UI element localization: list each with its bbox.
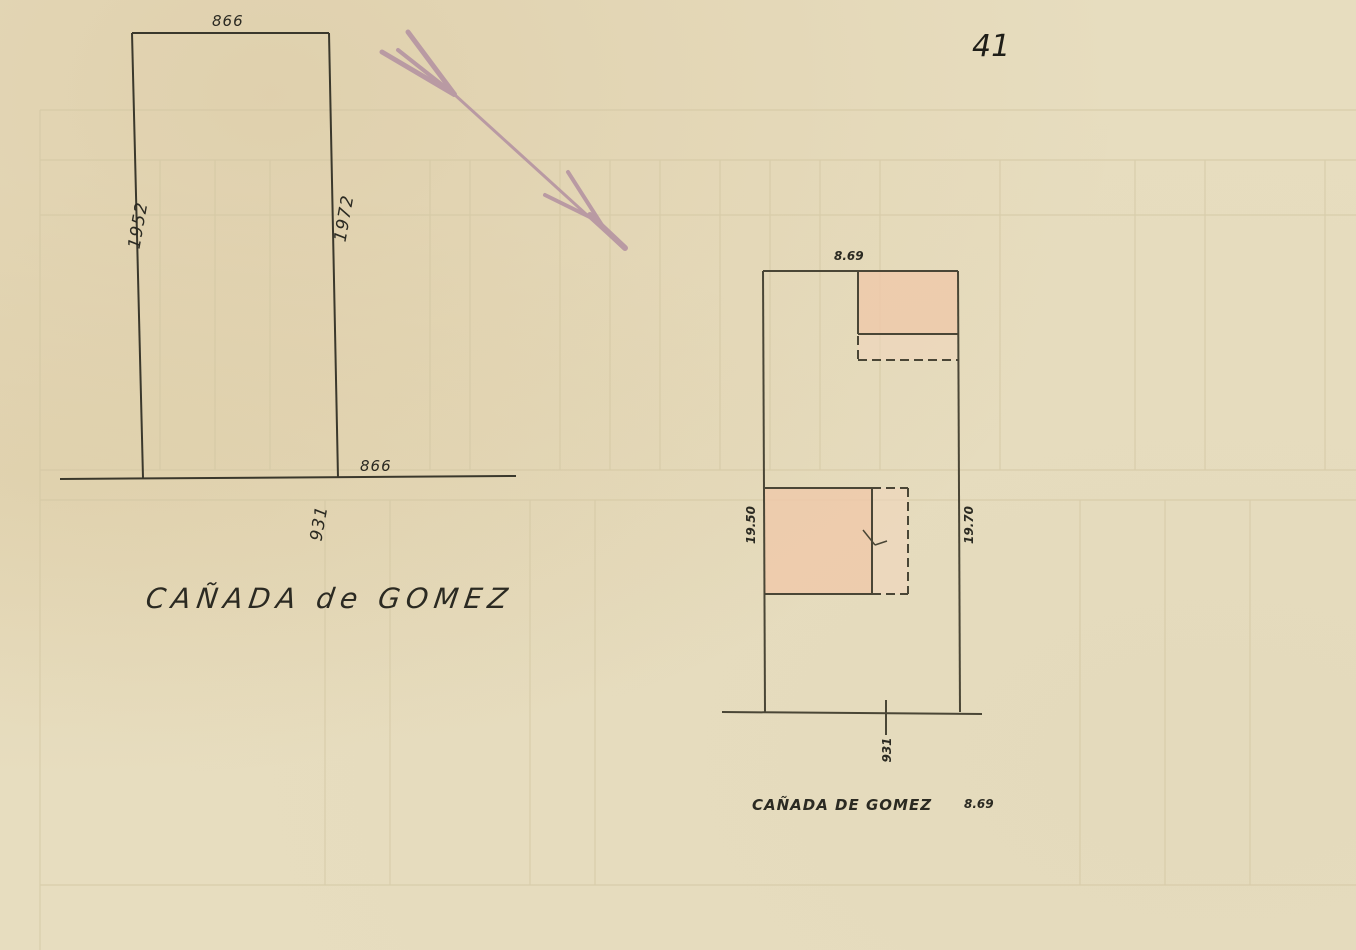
document-page: 41 866 1952 1972 866 931 CAÑADA de GOMEZ…	[0, 0, 1356, 950]
left-top-dimension: 866	[212, 14, 244, 29]
page-number: 41	[972, 32, 1010, 62]
left-street-name: CAÑADA de GOMEZ	[144, 585, 515, 613]
right-top-dimension: 8.69	[834, 250, 864, 262]
right-street-name: CAÑADA DE GOMEZ	[752, 798, 932, 813]
right-right-dimension: 19.70	[963, 500, 975, 550]
right-left-dimension: 19.50	[745, 500, 757, 550]
rear-building-extension	[858, 334, 957, 360]
left-bottom-dimension: 866	[360, 459, 392, 474]
rear-building	[858, 271, 957, 334]
right-street-frontage: 8.69	[964, 798, 994, 810]
front-building	[765, 488, 872, 594]
front-building-extension	[872, 488, 908, 594]
right-street-number: 931	[881, 725, 893, 775]
right-lot-sketch	[0, 0, 1356, 950]
